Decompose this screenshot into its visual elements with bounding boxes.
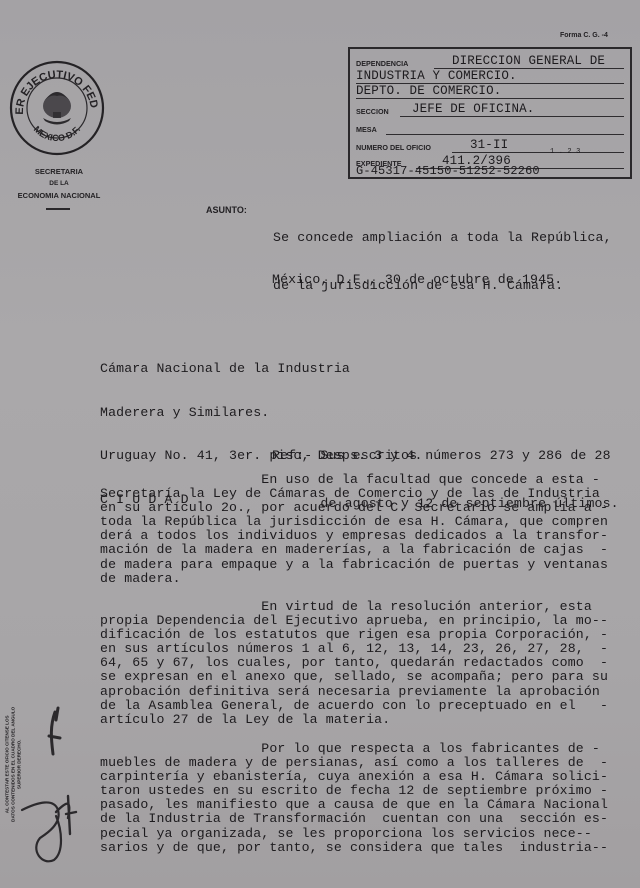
dependencia-line-3 — [356, 98, 624, 99]
mesa-line — [386, 134, 624, 135]
body-line: pecial ya organizada, se les proporciona… — [100, 827, 608, 841]
asunto-line-1: Se concede ampliación a toda la Repúblic… — [273, 230, 612, 246]
body-line: Secretaría la Ley de Cámaras de Comercio… — [100, 487, 608, 501]
dependencia-value-1: DIRECCION GENERAL DE — [452, 54, 605, 68]
body-line: toda la República la jurisdicción de esa… — [100, 515, 608, 529]
handwritten-signature-icon — [20, 690, 80, 870]
body-line: dificación de los estatutos que rigen es… — [100, 628, 608, 642]
org-divider — [46, 208, 70, 210]
body-line: pasado, les manifiesto que a causa de qu… — [100, 798, 608, 812]
dependencia-row: DEPENDENCIA DIRECCION GENERAL DE — [356, 53, 624, 69]
numero-oficio-value: 31-II — [470, 138, 508, 152]
seccion-label: SECCION — [356, 107, 389, 116]
org-line-3: ECONOMIA NACIONAL — [0, 190, 118, 202]
body-line: aprobación definitiva será necesaria pre… — [100, 685, 608, 699]
body-line: 64, 65 y 67, los cuales, por tanto, qued… — [100, 656, 608, 670]
body-line: se expresan en el anexo que, sellado, se… — [100, 670, 608, 684]
body-paragraph-3: Por lo que respecta a los fabricantes de… — [100, 742, 608, 855]
dependencia-label: DEPENDENCIA — [356, 59, 408, 68]
mesa-label: MESA — [356, 125, 377, 134]
asunto-text: Se concede ampliación a toda la Repúblic… — [273, 198, 612, 310]
dependencia-value-3: DEPTO. DE COMERCIO. — [356, 84, 501, 98]
body-line: En virtud de la resolución anterior, est… — [100, 600, 608, 614]
seccion-line — [400, 116, 624, 117]
date-line: México, D.F., 30 de octubre de 1945. — [272, 272, 562, 287]
body-line: en sus artículos números 1 al 6, 12, 13,… — [100, 642, 608, 656]
addressee-line-1: Cámara Nacional de la Industria — [100, 362, 423, 377]
mesa-row: MESA — [356, 119, 624, 135]
body-paragraph-1: En uso de la facultad que concede a esta… — [100, 473, 608, 586]
reference-line-1: Ref:- Sus escritos números 273 y 286 de … — [272, 448, 619, 464]
dependencia-row-2: INDUSTRIA Y COMERCIO. — [356, 68, 624, 84]
body-line: carpintería y ebanistería, cuya anexión … — [100, 770, 608, 784]
body-line: mación de la madera en madererías, a la … — [100, 543, 608, 557]
form-code: Forma C. G. -4 — [560, 32, 608, 39]
body-line: de madera para empaque y a la fabricació… — [100, 558, 608, 572]
dependencia-row-3: DEPTO. DE COMERCIO. — [356, 83, 624, 99]
org-line-2: DE LA — [0, 178, 118, 190]
body-line: de madera. — [100, 572, 608, 586]
body-line: En uso de la facultad que concede a esta… — [100, 473, 608, 487]
body-line: derá a todos los individuos y empresas d… — [100, 529, 608, 543]
numero-oficio-row: NUMERO DEL OFICIO 31-II 1 . 2 3 — [356, 137, 624, 153]
federal-seal-icon: PODER EJECUTIVO FEDERAL MEXICO D.F. — [9, 60, 105, 156]
body-line: sarios y de que, por tanto, se considera… — [100, 841, 608, 855]
body-line: de la Industria de Transformación cuenta… — [100, 812, 608, 826]
svg-text:MEXICO D.F.: MEXICO D.F. — [32, 124, 82, 143]
body-paragraph-2: En virtud de la resolución anterior, est… — [100, 600, 608, 727]
body-line: taron ustedes en su escrito de fecha 12 … — [100, 784, 608, 798]
dependencia-value-2: INDUSTRIA Y COMERCIO. — [356, 69, 517, 83]
org-line-1: SECRETARIA — [0, 166, 118, 178]
expediente-numbers-row: G-45317-45150-51252-52260 — [356, 163, 624, 179]
asunto-label: ASUNTO: — [206, 205, 247, 215]
body-line: Por lo que respecta a los fabricantes de… — [100, 742, 608, 756]
body-line: muebles de madera y de persianas, así co… — [100, 756, 608, 770]
seccion-row: SECCION JEFE DE OFICINA. — [356, 101, 624, 117]
reference-box: DEPENDENCIA DIRECCION GENERAL DE INDUSTR… — [348, 47, 632, 179]
organization-name: SECRETARIA DE LA ECONOMIA NACIONAL — [0, 166, 118, 202]
expediente-numbers: G-45317-45150-51252-52260 — [356, 164, 540, 178]
body-line: propia Dependencia del Ejecutivo aprueba… — [100, 614, 608, 628]
numero-oficio-label: NUMERO DEL OFICIO — [356, 143, 431, 152]
body-line: de la Asamblea General, de acuerdo con l… — [100, 699, 608, 713]
seccion-value: JEFE DE OFICINA. — [412, 102, 534, 116]
body-line: en su artículo 2o., por acuerdo del C. S… — [100, 501, 608, 515]
body-line: artículo 27 de la Ley de la materia. — [100, 713, 608, 727]
